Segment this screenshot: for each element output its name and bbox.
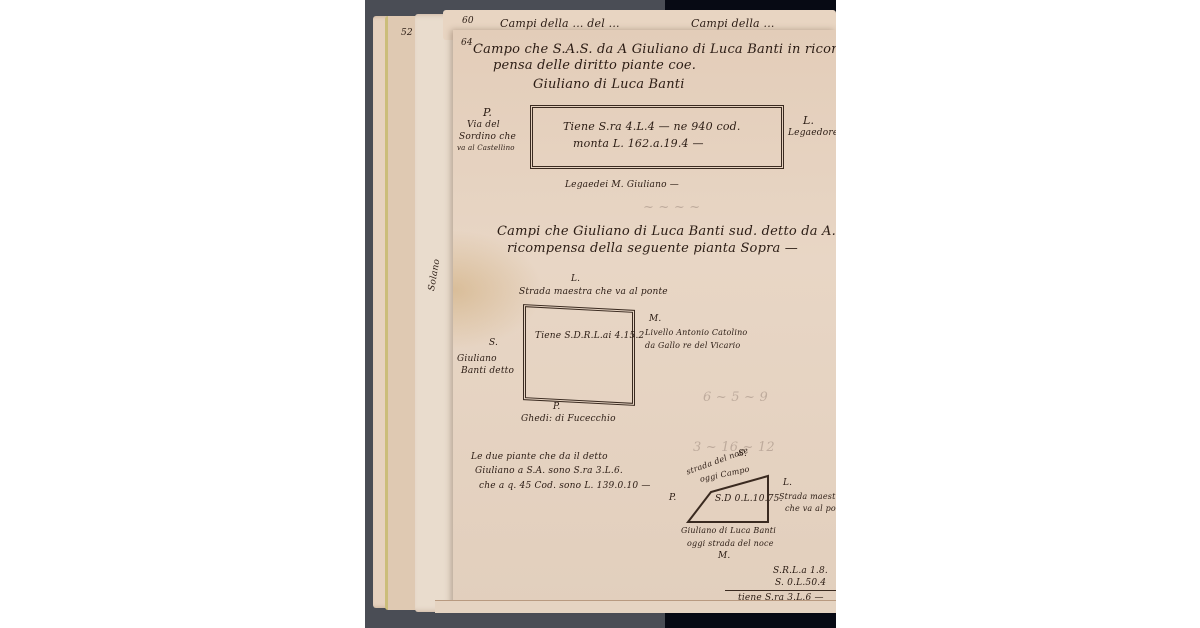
- parcel-2-right-letter: M.: [649, 314, 661, 324]
- section-1-heading-line-2: pensa delle diritto piante coe.: [493, 58, 696, 73]
- parcel-3-right-label: che va al ponte: [785, 504, 836, 513]
- parcel-2-outline: [523, 304, 635, 406]
- bleed-through-text: ~ ~ ~ ~: [643, 200, 700, 215]
- totals-rule: [725, 590, 836, 591]
- section-3-note-line-1: Le due piante che da il detto: [471, 452, 608, 462]
- parcel-2-left-letter: S.: [489, 338, 498, 348]
- bleed-through-text: 6 ~ 5 ~ 9: [703, 390, 768, 405]
- section-2-heading-line-2: ricompensa della seguente pianta Sopra —: [507, 241, 798, 256]
- parcel-2-top-letter: L.: [571, 274, 580, 284]
- left-leaf-folio-number: 52: [401, 28, 413, 38]
- under-page-folio-number: 60: [462, 16, 474, 26]
- parcel-1-bottom-label: Legaedei M. Giuliano —: [565, 180, 679, 190]
- parcel-3-bottom-letter: M.: [718, 551, 730, 561]
- parcel-3-bottom-label: Giuliano di Luca Banti: [681, 526, 776, 535]
- under-page-header-left: Campi della ... del ...: [500, 17, 620, 30]
- manuscript-photo: 52 Solano 60 Campi della ... del ... Cam…: [365, 0, 836, 628]
- parcel-3-right-letter: L.: [783, 478, 792, 488]
- parcel-2-right-label: Livello Antonio Catolino: [645, 328, 747, 337]
- parcel-1-right-letter: L.: [803, 114, 814, 127]
- parcel-1-left-label: Sordino che: [459, 132, 516, 142]
- parcel-2-bottom-label: Ghedi: di Fucecchio: [521, 414, 616, 424]
- section-1-heading-line-3: Giuliano di Luca Banti: [533, 77, 685, 92]
- parcel-2-right-label: da Gallo re del Vicario: [645, 341, 740, 350]
- parcel-1-left-label: Via del: [467, 120, 500, 130]
- parcel-2-top-label: Strada maestra che va al ponte: [519, 287, 668, 297]
- dark-backdrop-bottom: [665, 612, 836, 628]
- parcel-1-left-letter: P.: [483, 106, 492, 119]
- parcel-3-left-letter: P.: [669, 493, 677, 503]
- parcel-2-left-label: Giuliano: [457, 354, 497, 364]
- section-1-heading-line-1: Campo che S.A.S. da A Giuliano di Luca B…: [473, 42, 836, 57]
- parcel-3-line-1: S.D 0.L.10.75.: [715, 494, 783, 504]
- under-page-header-right: Campi della ...: [691, 17, 775, 30]
- page-bottom-edge: [435, 600, 836, 613]
- section-3-note-line-3: che a q. 45 Cod. sono L. 139.0.10 —: [479, 481, 651, 491]
- parcel-1-line-1: Tiene S.ra 4.L.4 — ne 940 cod.: [563, 120, 741, 133]
- parcel-1-right-label: Legaedore: [788, 128, 836, 138]
- section-3-note-line-2: Giuliano a S.A. sono S.ra 3.L.6.: [475, 466, 623, 476]
- parcel-2-bottom-letter: P.: [553, 402, 561, 412]
- parcel-3-bottom-label: oggi strada del noce: [687, 539, 774, 548]
- totals-line-1: S.R.L.a 1.8.: [773, 566, 828, 576]
- parcel-1-left-label: va al Castellino: [457, 144, 515, 152]
- parcel-1-line-2: monta L. 162.a.19.4 —: [573, 137, 704, 150]
- parcel-3-right-label: Strada maestra: [779, 492, 836, 501]
- parcel-2-line-1: Tiene S.D.R.L.ai 4.15.2: [535, 331, 644, 341]
- totals-line-2: S. 0.L.50.4: [775, 578, 826, 588]
- folio-number: 64: [461, 38, 473, 48]
- current-folio: 64 ~ ~ ~ ~ 6 ~ 5 ~ 9 3 ~ 16 ~ 12 Campo c…: [453, 30, 836, 608]
- parcel-2-left-label: Banti detto: [461, 366, 514, 376]
- section-2-heading-line-1: Campi che Giuliano di Luca Banti sud. de…: [497, 224, 836, 239]
